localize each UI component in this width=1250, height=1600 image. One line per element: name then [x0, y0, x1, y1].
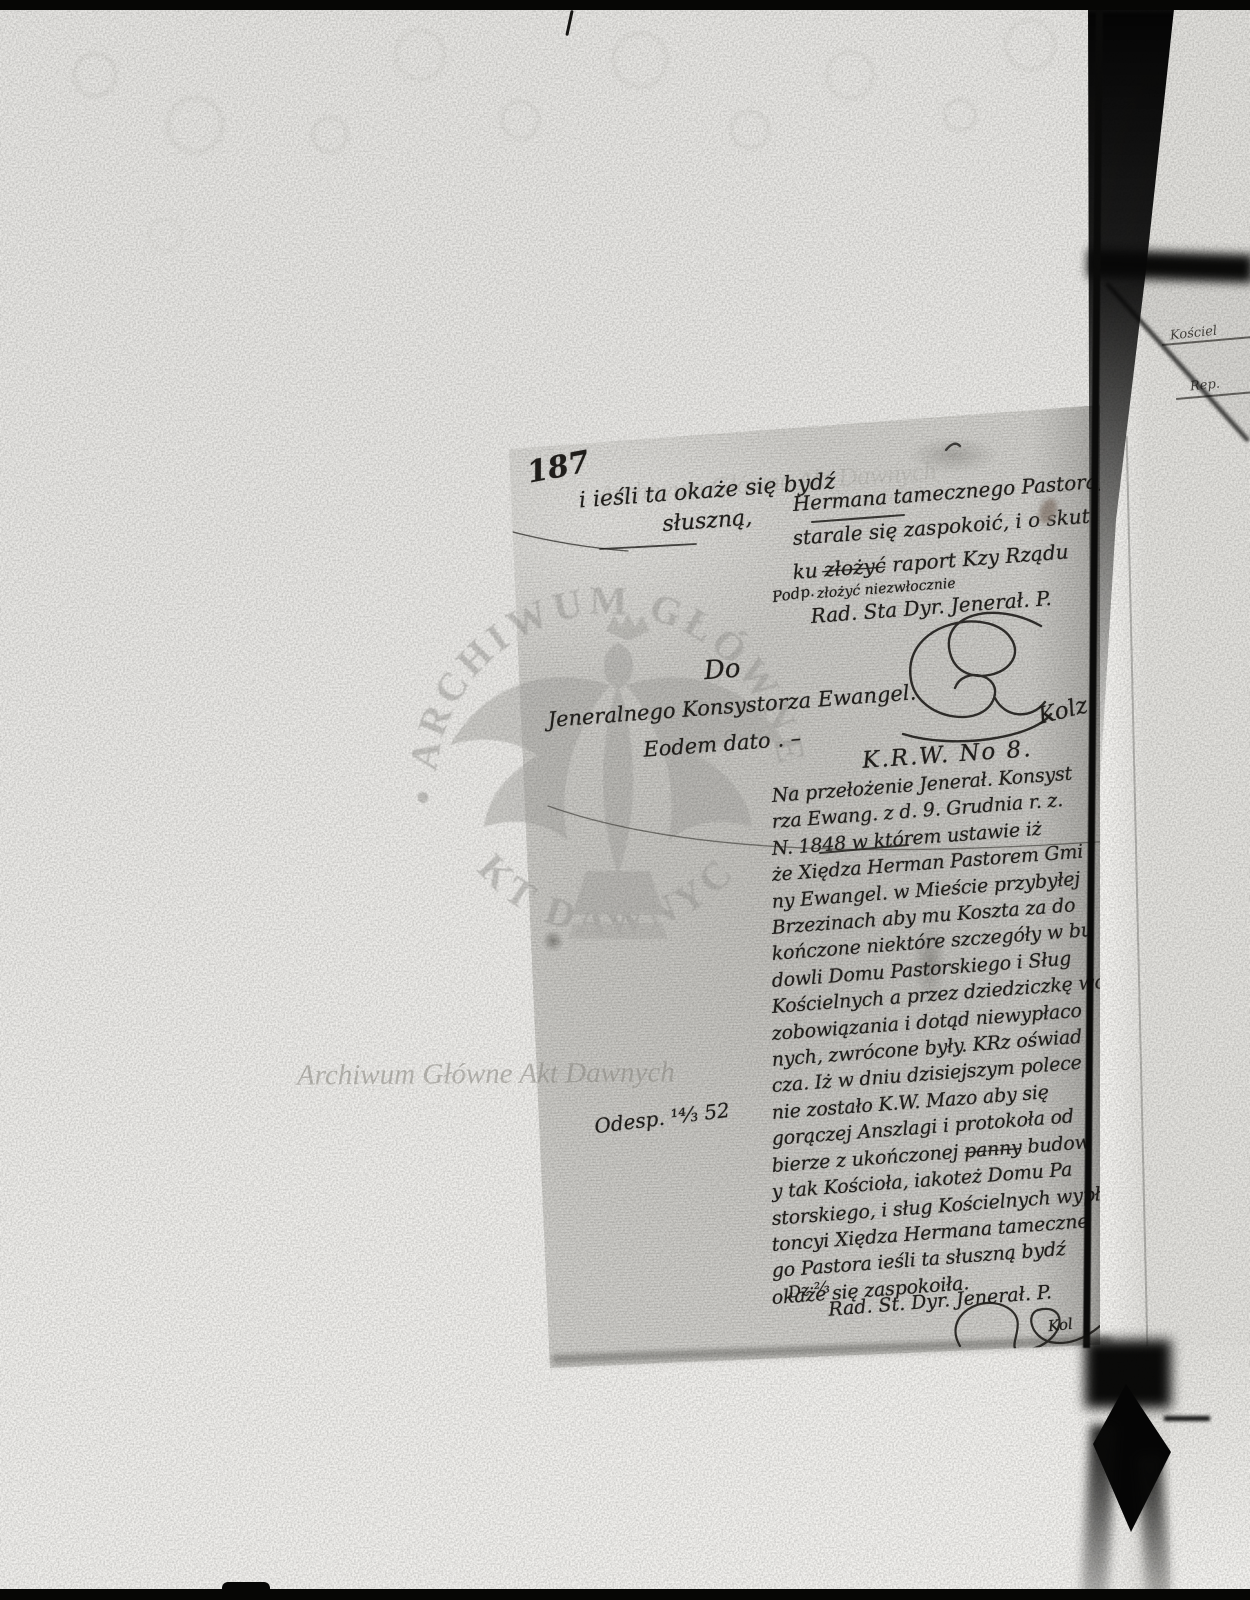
film-edge-top [0, 0, 1250, 10]
film-edge-bottom [0, 1589, 1250, 1600]
bottom-right-page-strip [1170, 1345, 1250, 1590]
film-edge-bump [222, 1582, 270, 1592]
binding-shadow-dash [1164, 1416, 1210, 1421]
archival-photograph: • ARCHIWUM GŁÓWNE • AKT DAWNYCH Archiwum… [0, 0, 1250, 1600]
